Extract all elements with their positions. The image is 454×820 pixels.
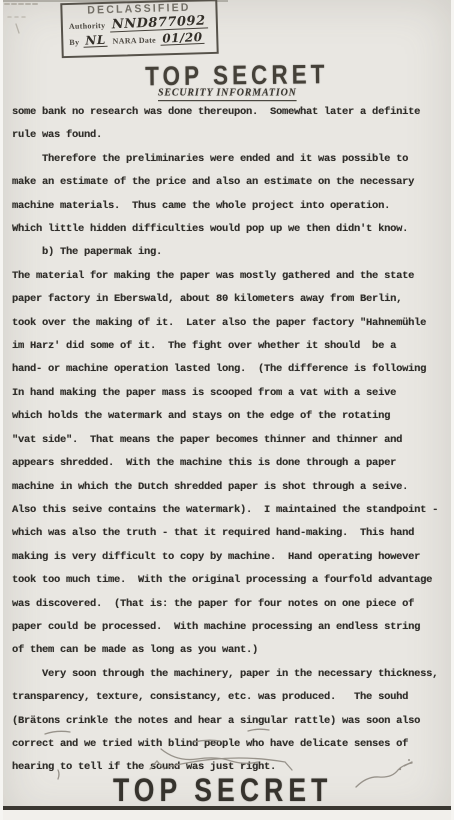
text-line: transparency, texture, consistancy, etc.… <box>12 686 448 709</box>
text-line: paper could be processed. With machine p… <box>12 616 448 639</box>
text-line: appears shredded. With the machine this … <box>12 452 448 475</box>
top-secret-footer-stamp: TOP SECRET <box>113 771 333 810</box>
authority-label: Authority <box>69 21 106 31</box>
text-line: machine materials. Thus came the whole p… <box>12 195 448 218</box>
text-line: some bank no research was done thereupon… <box>12 101 448 124</box>
declassification-stamp: DECLASSIFIED Authority NND877092 By NL N… <box>60 0 218 58</box>
security-information-stamp: SECURITY INFORMATION <box>158 88 297 101</box>
by-nara-row: By NL NARA Date 01/20 <box>69 29 216 48</box>
text-line: In hand making the paper mass is scooped… <box>12 382 448 405</box>
text-line: Also this seive contains the watermark).… <box>12 499 448 522</box>
nara-date-label: NARA Date <box>112 36 156 46</box>
text-line: rule was found. <box>12 124 448 147</box>
text-line: making is very difficult to copy by mach… <box>12 546 448 569</box>
text-line: was discovered. (That is: the paper for … <box>12 593 448 616</box>
text-line: of them can be made as long as you want.… <box>12 639 448 662</box>
text-line: (Brätons crinkle the notes and hear a si… <box>12 710 448 733</box>
text-line: machine in which the Dutch shredded pape… <box>12 476 448 499</box>
text-line: make an estimate of the price and also a… <box>12 171 448 194</box>
scan-bottom-strip <box>3 810 451 820</box>
text-line: "vat side". That means the paper becomes… <box>12 429 448 452</box>
text-line: hand- or machine operation lasted long. … <box>12 358 448 381</box>
text-line: im Harz' did some of it. The fight over … <box>12 335 448 358</box>
paper-sheet: DECLASSIFIED Authority NND877092 By NL N… <box>3 0 451 820</box>
scan-speckle <box>16 24 19 33</box>
text-line: Which little hidden difficulties would p… <box>12 218 448 241</box>
text-line: Therefore the preliminaries were ended a… <box>12 148 448 171</box>
by-value-handwritten: NL <box>83 34 108 48</box>
scanned-document-page: DECLASSIFIED Authority NND877092 By NL N… <box>0 0 454 820</box>
text-line: correct and we tried with blind people w… <box>12 733 448 756</box>
text-line: which was also the truth - that it requi… <box>12 522 448 545</box>
text-line: b) The papermak ing. <box>12 241 448 264</box>
text-line: took too much time. With the original pr… <box>12 569 448 592</box>
text-line: The material for making the paper was mo… <box>12 265 448 288</box>
text-line: paper factory in Eberswald, about 80 kil… <box>12 288 448 311</box>
by-label: By <box>69 38 79 47</box>
typed-lines: some bank no research was done thereupon… <box>12 101 448 780</box>
text-line: which holds the watermark and stays on t… <box>12 405 448 428</box>
text-line: took over the making of it. Later also t… <box>12 312 448 335</box>
nara-date-value-handwritten: 01/20 <box>160 31 205 46</box>
text-line: Very soon through the machinery, paper i… <box>12 663 448 686</box>
